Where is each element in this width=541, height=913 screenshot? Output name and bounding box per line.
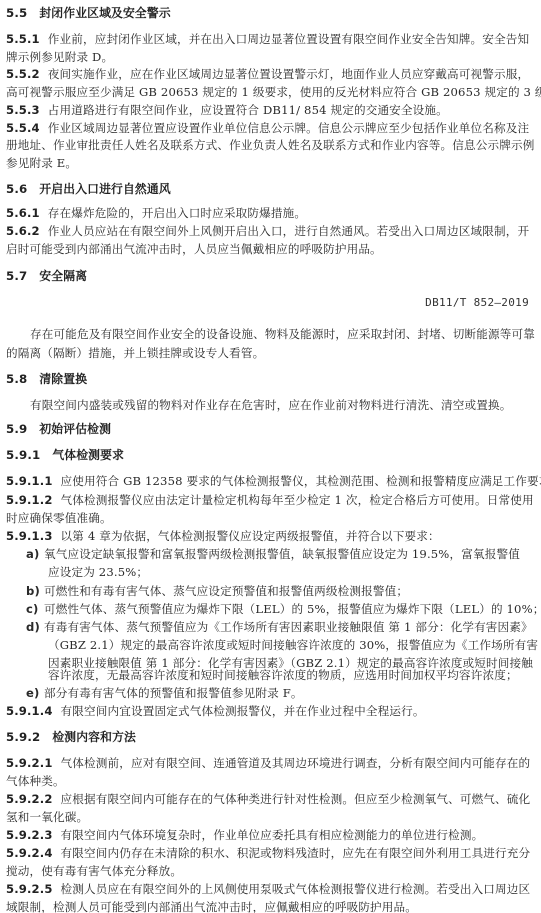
clause-text: 占用道路进行有限空间作业，应设置符合 DB11/ 854 规定的交通安全设施。 [48,103,448,117]
section-title: 清除置换 [39,372,87,386]
clause-text: 有限空间内气体环境复杂时，作业单位应委托具有相应检测能力的单位进行检测。 [61,828,484,842]
section-number: 5.9 [6,422,27,436]
section-title: 检测内容和方法 [52,730,136,744]
clause-number: 5.6.2 [6,224,40,238]
clause-text: 应根据有限空间内可能存在的气体种类进行针对性检测。但应至少检测氧气、可燃气、硫化 [61,792,531,806]
clause-text: 作业人员应站在有限空间外上风侧开启出入口，进行自然通风。若受出入口周边区域限制，… [48,224,530,238]
clause-line: 5.9.1.2气体检测报警仪应由法定计量检定机构每年至少检定 1 次，检定合格后… [6,492,535,508]
section-heading: 5.9.1气体检测要求 [6,447,535,463]
paragraph-line: 有限空间内盛装或残留的物料对作业存在危害时，应在作业前对物料进行清洗、清空或置换… [30,397,535,413]
clause-line: 5.6.1存在爆炸危险的，开启出入口时应采取防爆措施。 [6,205,535,221]
clause-number: 5.5.2 [6,67,40,81]
section-heading: 5.9.2检测内容和方法 [6,729,535,745]
list-item-text: 氧气应设定缺氧报警和富氧报警两级检测报警值，缺氧报警值应设定为 19.5%，富氧… [44,547,520,561]
clause-number: 5.5.3 [6,103,40,117]
section-title: 封闭作业区域及安全警示 [39,6,170,20]
list-item-continuation: 容许浓度，无最高容许浓度和短时间接触容许浓度的物质，应选用时间加权平均容许浓度； [48,667,535,683]
clause-line: 5.5.4作业区域周边显著位置应设置作业单位信息公示牌。信息公示牌应至少包括作业… [6,120,535,136]
clause-line: 5.9.1.4有限空间内宜设置固定式气体检测报警仪，并在作业过程中全程运行。 [6,703,535,719]
clause-text: 应使用符合 GB 12358 要求的气体检测报警仪，其检测范围、检测和报警精度应… [61,474,541,488]
continuation-line: 时应确保零值准确。 [6,510,535,526]
section-title: 安全隔离 [39,269,87,283]
section-title: 初始评估检测 [39,422,111,436]
continuation-line: 册地址、作业审批责任人姓名及联系方式、作业负责人姓名及联系方式和作业内容等。信息… [6,137,535,153]
clause-text: 夜间实施作业，应在作业区域周边显著位置设置警示灯，地面作业人员应穿戴高可视警示服… [48,67,530,81]
clause-text: 检测人员应在有限空间外的上风侧使用泵吸式气体检测报警仪进行检测。若受出入口周边区 [61,882,531,896]
paragraph-line: 存在可能危及有限空间作业安全的设备设施、物料及能源时，应采取封闭、封堵、切断能源… [30,326,535,342]
clause-number: 5.9.1.1 [6,474,53,488]
clause-text: 有限空间内仍存在未清除的积水、积泥或物料残渣时，应先在有限空间外利用工具进行充分 [61,846,531,860]
clause-number: 5.9.2.2 [6,792,53,806]
clause-text: 存在爆炸危险的，开启出入口时应采取防爆措施。 [48,206,306,220]
continuation-line: 搅动，使有毒有害气体充分释放。 [6,863,535,879]
continuation-line: 域限制，检测人员可能受到内部涌出气流冲击时，应佩戴相应的呼吸防护用品。 [6,899,535,913]
clause-line: 5.9.2.4有限空间内仍存在未清除的积水、积泥或物料残渣时，应先在有限空间外利… [6,845,535,861]
clause-line: 5.5.3占用道路进行有限空间作业，应设置符合 DB11/ 854 规定的交通安… [6,102,535,118]
clause-number: 5.9.2.5 [6,882,53,896]
list-item-label: e) [26,685,44,701]
clause-number: 5.9.2.3 [6,828,53,842]
clause-line: 5.6.2作业人员应站在有限空间外上风侧开启出入口，进行自然通风。若受出入口周边… [6,223,535,239]
clause-number: 5.9.2.1 [6,756,53,770]
continuation-line: 气体种类。 [6,773,535,789]
section-title: 开启出入口进行自然通风 [39,182,170,196]
list-item: a)氧气应设定缺氧报警和富氧报警两级检测报警值，缺氧报警值应设定为 19.5%，… [26,546,535,562]
section-number: 5.9.1 [6,448,40,462]
continuation-line: 高可视警示服应至少满足 GB 20653 规定的 1 级要求，使用的反光材料应符… [6,84,535,100]
clause-text: 有限空间内宜设置固定式气体检测报警仪，并在作业过程中全程运行。 [61,704,425,718]
clause-number: 5.5.4 [6,121,40,135]
list-item-text: 可燃性气体、蒸气预警值应为爆炸下限（LEL）的 5%，报警值应为爆炸下限（LEL… [44,602,541,616]
clause-text: 作业前，应封闭作业区域，并在出入口周边显著位置设置有限空间作业安全告知牌。安全告… [48,32,530,46]
section-number: 5.9.2 [6,730,40,744]
section-heading: 5.7安全隔离 [6,268,535,284]
list-item: b)可燃性和有毒有害气体、蒸气应设定预警值和报警值两级检测报警值； [26,583,535,599]
clause-line: 5.9.2.2应根据有限空间内可能存在的气体种类进行针对性检测。但应至少检测氧气… [6,791,535,807]
continuation-line: 参见附录 E。 [6,155,535,171]
section-heading: 5.6开启出入口进行自然通风 [6,181,535,197]
list-item: e)部分有毒有害气体的预警值和报警值参见附录 F。 [26,685,535,701]
clause-line: 5.5.2夜间实施作业，应在作业区域周边显著位置设置警示灯，地面作业人员应穿戴高… [6,66,535,82]
clause-line: 5.9.1.3以第 4 章为依据，气体检测报警仪应设定两级报警值，并符合以下要求… [6,528,535,544]
list-item-continuation: 应设定为 23.5%； [48,564,535,580]
clause-number: 5.9.1.2 [6,493,53,507]
clause-number: 5.9.1.4 [6,704,53,718]
clause-text: 作业区域周边显著位置应设置作业单位信息公示牌。信息公示牌应至少包括作业单位名称及… [48,121,530,135]
list-item-label: c) [26,601,44,617]
section-number: 5.7 [6,269,27,283]
section-number: 5.5 [6,6,27,20]
list-item-label: a) [26,546,44,562]
section-heading: 5.8清除置换 [6,371,535,387]
section-title: 气体检测要求 [52,448,124,462]
list-item: d)有毒有害气体、蒸气预警值应为《工作场所有害因素职业接触限值 第 1 部分：化… [26,619,535,635]
clause-text: 气体检测报警仪应由法定计量检定机构每年至少检定 1 次，检定合格后方可使用。日常… [61,493,534,507]
list-item-text: 可燃性和有毒有害气体、蒸气应设定预警值和报警值两级检测报警值； [44,584,408,598]
continuation-line: 启时可能受到内部涌出气流冲击时，人员应当佩戴相应的呼吸防护用品。 [6,241,535,257]
clause-line: 5.9.2.5检测人员应在有限空间外的上风侧使用泵吸式气体检测报警仪进行检测。若… [6,881,535,897]
list-item: c)可燃性气体、蒸气预警值应为爆炸下限（LEL）的 5%，报警值应为爆炸下限（L… [26,601,535,617]
clause-line: 5.9.2.1气体检测前，应对有限空间、连通管道及其周边环境进行调查，分析有限空… [6,755,535,771]
clause-line: 5.5.1作业前，应封闭作业区域，并在出入口周边显著位置设置有限空间作业安全告知… [6,31,535,47]
section-number: 5.8 [6,372,27,386]
list-item-text: 部分有毒有害气体的预警值和报警值参见附录 F。 [44,686,303,700]
list-item-label: d) [26,619,44,635]
clause-line: 5.9.2.3有限空间内气体环境复杂时，作业单位应委托具有相应检测能力的单位进行… [6,827,535,843]
list-item-continuation: （GBZ 2.1）规定的最高容许浓度或短时间接触容许浓度的 30%，报警值应为《… [48,637,535,653]
section-heading: 5.9初始评估检测 [6,421,535,437]
clause-number: 5.9.2.4 [6,846,53,860]
section-heading: 5.5封闭作业区域及安全警示 [6,5,535,21]
continuation-line: 氢和一氧化碳。 [6,809,535,825]
page-header-standard-code: DB11/T 852—2019 [425,296,529,309]
continuation-line: 牌示例参见附录 D。 [6,49,535,65]
list-item-text: 有毒有害气体、蒸气预警值应为《工作场所有害因素职业接触限值 第 1 部分：化学有… [44,620,533,634]
section-number: 5.6 [6,182,27,196]
clause-number: 5.5.1 [6,32,40,46]
clause-text: 以第 4 章为依据，气体检测报警仪应设定两级报警值，并符合以下要求： [61,529,440,543]
continuation-line: 的隔离（隔断）措施，并上锁挂牌或设专人看管。 [6,345,535,361]
clause-number: 5.6.1 [6,206,40,220]
list-item-label: b) [26,583,44,599]
clause-line: 5.9.1.1应使用符合 GB 12358 要求的气体检测报警仪，其检测范围、检… [6,473,535,489]
clause-number: 5.9.1.3 [6,529,53,543]
clause-text: 气体检测前，应对有限空间、连通管道及其周边环境进行调查，分析有限空间内可能存在的 [61,756,531,770]
